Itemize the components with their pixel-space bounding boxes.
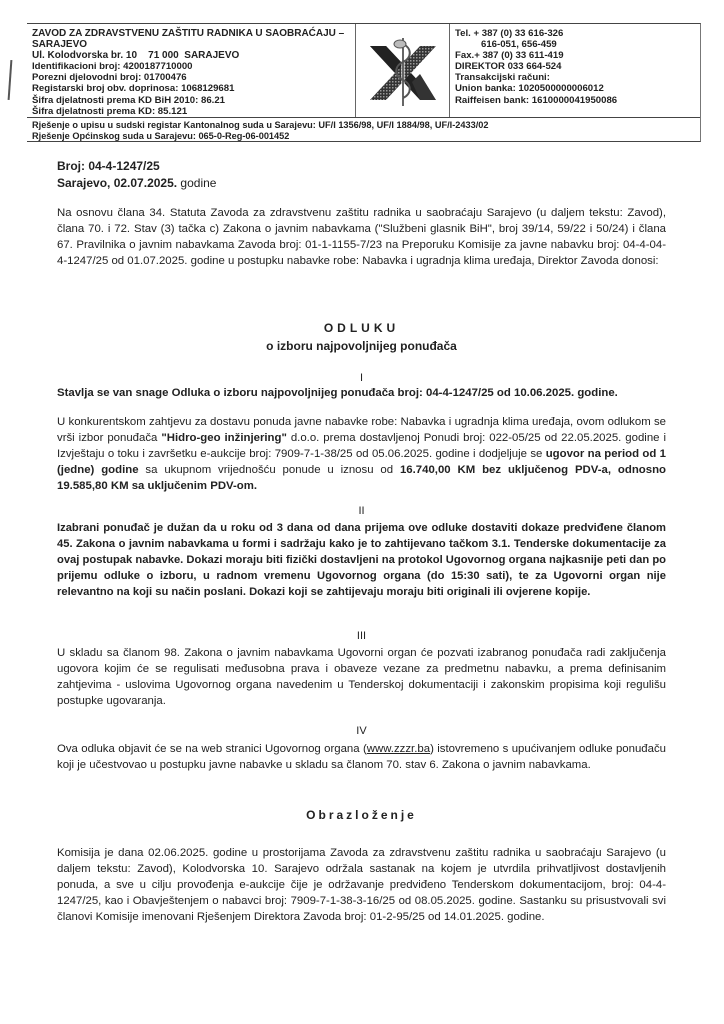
organization-info: ZAVOD ZA ZDRAVSTVENU ZAŠTITU RADNIKA U S… (32, 28, 354, 117)
fax: Fax.+ 387 (0) 33 611-419 (455, 50, 695, 61)
org-reg-number: Registarski broj obv. doprinosa: 1068129… (32, 83, 354, 94)
section-numeral-2: II (57, 505, 666, 517)
document-reference: Broj: 04-4-1247/25 Sarajevo, 02.07.2025.… (57, 158, 216, 192)
director-phone: DIREKTOR 033 664-524 (455, 61, 695, 72)
raiffeisen-bank-account: Raiffeisen bank: 1610000041950086 (455, 95, 695, 106)
org-activity-code: Šifra djelatnosti prema KD: 85.121 (32, 106, 354, 117)
court-registration: Rješenje o upisu u sudski registar Kanto… (32, 120, 488, 141)
section-4-text: Ova odluka objavit će se na web stranici… (57, 741, 666, 773)
section-2-text: Izabrani ponuđač je dužan da u roku od 3… (57, 520, 666, 600)
letterhead: ZAVOD ZA ZDRAVSTVENU ZAŠTITU RADNIKA U S… (27, 23, 701, 142)
org-name-line2: SARAJEVO (32, 39, 354, 50)
letterhead-top-row: ZAVOD ZA ZDRAVSTVENU ZAŠTITU RADNIKA U S… (27, 24, 700, 118)
section-numeral-1: I (57, 372, 666, 384)
org-tax-number: Porezni djelovodni broj: 01700476 (32, 72, 354, 83)
court-registration-line2: Rješenje Općinskog suda u Sarajevu: 065-… (32, 131, 488, 142)
section-3-text: U skladu sa članom 98. Zakona o javnim n… (57, 645, 666, 709)
org-name-line1: ZAVOD ZA ZDRAVSTVENU ZAŠTITU RADNIKA U S… (32, 28, 354, 39)
accounts-label: Transakcijski računi: (455, 72, 695, 83)
logo-cell (355, 24, 450, 117)
rationale-heading: Obrazloženje (57, 808, 666, 822)
section-numeral-3: III (57, 630, 666, 642)
org-activity-code-2010: Šifra djelatnosti prema KD BiH 2010: 86.… (32, 95, 354, 106)
court-registration-line1: Rješenje o upisu u sudski registar Kanto… (32, 120, 488, 131)
section-1-revocation: Stavlja se van snage Odluka o izboru naj… (57, 385, 666, 401)
section-numeral-4: IV (57, 725, 666, 737)
document-number: Broj: 04-4-1247/25 (57, 158, 216, 175)
phone-secondary: 616-051, 656-459 (455, 39, 695, 50)
union-bank-account: Union banka: 1020500000006012 (455, 83, 695, 94)
margin-pen-mark (8, 60, 13, 100)
org-address: Ul. Kolodvorska br. 10 71 000 SARAJEVO (32, 50, 354, 61)
document-place-date: Sarajevo, 02.07.2025. godine (57, 175, 216, 192)
decision-subtitle: o izboru najpovoljnijeg ponuđača (57, 339, 666, 353)
caduceus-cross-logo-icon (356, 24, 449, 117)
preamble: Na osnovu člana 34. Statuta Zavoda za zd… (57, 205, 666, 269)
contact-info: Tel. + 387 (0) 33 616-326 616-051, 656-4… (455, 28, 695, 106)
section-1-selection: U konkurentskom zahtjevu za dostavu ponu… (57, 414, 666, 494)
phone: Tel. + 387 (0) 33 616-326 (455, 28, 695, 39)
org-id-number: Identifikacioni broj: 4200187710000 (32, 61, 354, 72)
website-link[interactable]: www.zzzr.ba (367, 743, 430, 755)
rationale-text: Komisija je dana 02.06.2025. godine u pr… (57, 845, 666, 925)
decision-title: ODLUKU (57, 321, 666, 335)
